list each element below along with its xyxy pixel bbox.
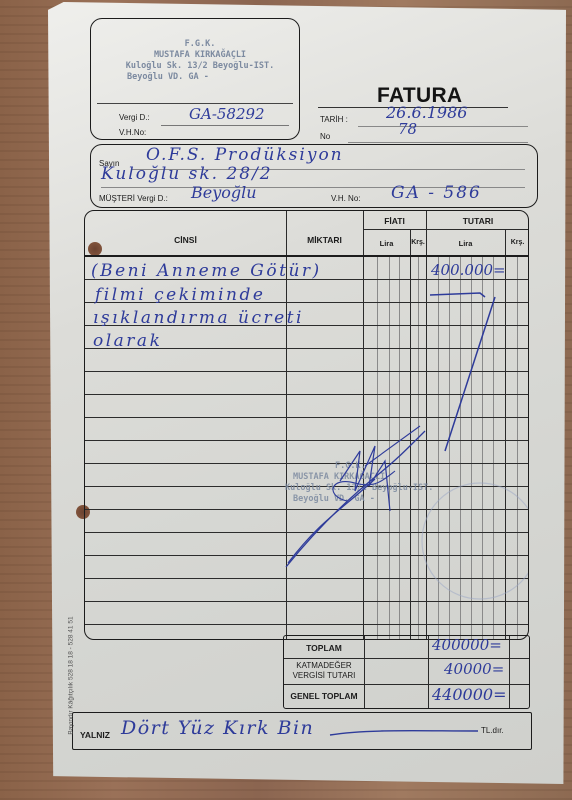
customer-vergi-d-label: MÜŞTERİ Vergi D.: (99, 194, 168, 203)
yalniz-box: YALNIZ Dört Yüz Kırk Bin TL.dır. (72, 712, 532, 750)
kdv-value: 40000= (444, 660, 504, 678)
totals-divider (509, 636, 510, 708)
seller-vergi-d-label: Vergi D.: (119, 113, 150, 122)
seller-vergi-d-value: GA-58292 (189, 105, 265, 123)
customer-vh-no-label: V.H. No: (331, 194, 361, 203)
no-label: No (320, 132, 330, 141)
invoice-paper: F.G.K. MUSTAFA KIRKAĞAÇLI Kuloğlu Sk. 13… (48, 2, 566, 784)
yalniz-value: Dört Yüz Kırk Bin (121, 717, 314, 739)
genel-toplam-value: 440000= (432, 685, 506, 704)
divider (358, 126, 528, 127)
toplam-value: 400000= (432, 636, 502, 654)
stamp-line-1: F.G.K. (105, 39, 295, 50)
customer-vergi-d-value: Beyoğlu (191, 183, 257, 202)
totals-table: TOPLAM 400000= KATMADEĞER VERGİSİ TUTARI… (283, 635, 530, 709)
totals-divider (364, 636, 365, 708)
totals-row-line (284, 658, 529, 659)
seller-vh-no-label: V.H.No: (119, 128, 146, 137)
toplam-label: TOPLAM (284, 643, 364, 653)
customer-address: Kuloğlu sk. 28/2 (101, 164, 273, 184)
line-items-table: CİNSİ MİKTARI FİATI TUTARI Lira Krş. Lir… (84, 210, 529, 640)
yalniz-suffix: TL.dır. (481, 726, 504, 735)
genel-toplam-label: GENEL TOPLAM (284, 691, 364, 701)
seller-stamp: F.G.K. MUSTAFA KIRKAĞAÇLI Kuloğlu Sk. 13… (105, 39, 295, 83)
kdv-label-line1: KATMADEĞER (284, 661, 364, 670)
stamp-line-2: MUSTAFA KIRKAĞAÇLI (105, 50, 295, 61)
yalniz-label: YALNIZ (80, 730, 110, 740)
tarih-label: TARİH : (320, 115, 348, 124)
printer-credit: Bayındır Kâğıtçılık 528 18 18 - 528 41 5… (68, 591, 75, 761)
divider (97, 103, 293, 104)
no-value: 78 (398, 120, 417, 138)
kdv-label-line2: VERGİSİ TUTARI (284, 671, 364, 680)
divider (161, 125, 289, 126)
divider (348, 142, 528, 143)
stamp-line-4: Beyoğlu VD. GA - (105, 72, 295, 83)
customer-box: Sayın O.F.S. Prodüksiyon Kuloğlu sk. 28/… (90, 144, 538, 208)
seller-box: F.G.K. MUSTAFA KIRKAĞAÇLI Kuloğlu Sk. 13… (90, 18, 300, 140)
totals-divider (428, 636, 429, 708)
fill-line-icon (328, 727, 488, 739)
customer-name: O.F.S. Prodüksiyon (146, 145, 344, 165)
customer-vh-no-value: GA - 586 (391, 183, 482, 203)
stamp-line-3: Kuloğlu Sk. 13/2 Beyoğlu-IST. (105, 61, 295, 72)
signature-and-strikethrough-icon (85, 211, 529, 640)
